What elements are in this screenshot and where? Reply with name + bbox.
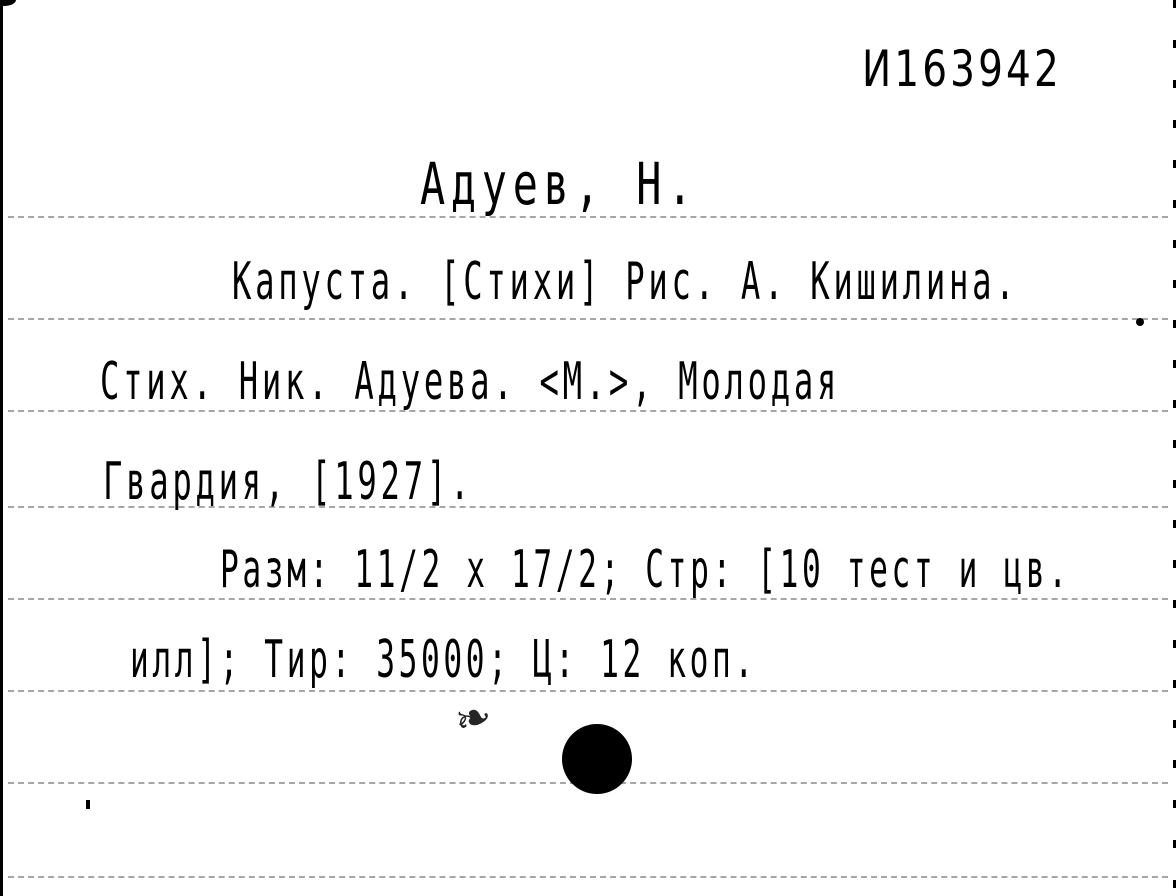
ruled-line bbox=[8, 318, 1168, 320]
author-heading: Адуев, Н. bbox=[420, 150, 698, 218]
catalog-card: И163942 Адуев, Н. Капуста. [Стихи] Рис. … bbox=[0, 0, 1176, 896]
card-text-line: Капуста. [Стихи] Рис. А. Кишилина. bbox=[232, 252, 1018, 312]
scan-speck bbox=[598, 780, 601, 783]
scan-speck bbox=[86, 800, 90, 809]
ruled-line bbox=[8, 876, 1168, 878]
card-text-line: Гвардия, [1927]. bbox=[103, 452, 473, 512]
card-text-line: илл]; Тир: 35000; Ц: 12 коп. bbox=[130, 630, 757, 690]
corner-mark bbox=[0, 0, 16, 6]
scan-speck bbox=[1136, 318, 1144, 326]
card-text-line: Разм: 11/2 х 17/2; Стр: [10 тест и цв. bbox=[220, 540, 1071, 600]
card-text-line: Стих. Ник. Адуева. <М.>, Молодая bbox=[100, 352, 840, 412]
ink-stamp-mark-icon: ❧ bbox=[449, 683, 521, 752]
ruled-line bbox=[8, 690, 1168, 692]
call-number: И163942 bbox=[862, 40, 1062, 98]
punch-hole bbox=[562, 724, 632, 794]
card-left-edge bbox=[0, 0, 3, 896]
